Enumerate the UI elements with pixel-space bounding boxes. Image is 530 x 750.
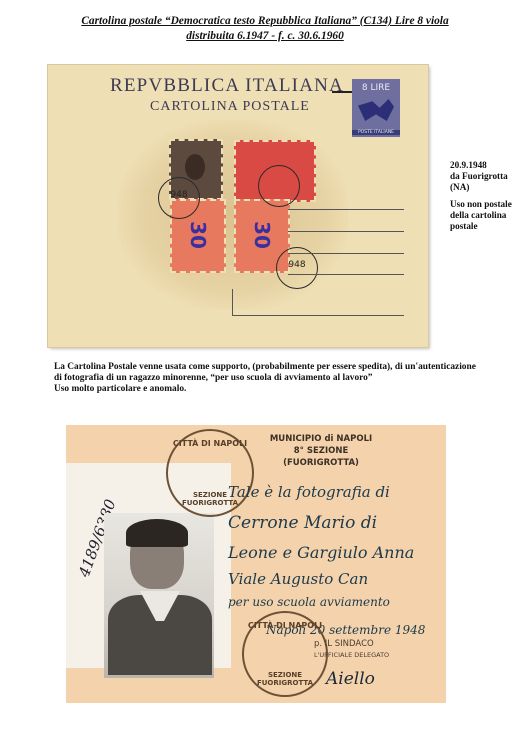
sindaco-line: L'UFFICIALE DELEGATO (314, 650, 389, 661)
note-date: 20.9.1948 (450, 160, 487, 170)
address-divider (232, 289, 233, 315)
overprint: 30 (186, 221, 210, 249)
postcard: REPVBBLICA ITALIANA CARTOLINA POSTALE 8 … (48, 65, 428, 347)
header-stamp-line: (FUORIGROTTA) (241, 457, 401, 469)
description: La Cartolina Postale venne usata come su… (54, 362, 524, 396)
imprint-value: 8 LIRE (352, 83, 400, 93)
postmark: 948 (158, 177, 200, 219)
portrait-photo (104, 513, 214, 678)
sindaco-stamp: p. IL SINDACO L'UFFICIALE DELEGATO (314, 639, 389, 661)
postmark-text: 948 (159, 190, 199, 200)
overprint: 30 (250, 221, 274, 249)
handwritten-line: Viale Augusto Can (228, 570, 368, 588)
address-line (288, 253, 404, 254)
note-origin: da Fuorigrotta (450, 171, 508, 181)
header-stamp-line: 8° SEZIONE (241, 445, 401, 457)
handwritten-line: Tale è la fotografia di (228, 483, 390, 501)
description-line: La Cartolina Postale venne usata come su… (54, 362, 524, 373)
title-line-1: Cartolina postale “Democratica testo Rep… (0, 14, 530, 29)
title-line-2: distribuita 6.1947 - f. c. 30.6.1960 (0, 29, 530, 44)
sindaco-line: p. IL SINDACO (314, 639, 389, 650)
note-usage: Uso non postale della cartolina postale (450, 199, 530, 232)
postcard-heading: REPVBBLICA ITALIANA (110, 75, 344, 97)
description-line: Uso molto particolare e anomalo. (54, 384, 524, 395)
seal-bottom-text: SEZIONE FUORIGROTTA (244, 671, 326, 687)
cancel-bar (332, 91, 354, 93)
handwritten-line: Cerrone Mario di (228, 513, 377, 533)
seal-top-text: CITTÀ DI NAPOLI (168, 439, 252, 448)
description-line: di fotografia di un ragazzo minorenne, “… (54, 373, 524, 384)
hands-emblem-icon (358, 99, 394, 121)
handwritten-line: per uso scuola avviamento (228, 595, 390, 609)
postmark (258, 165, 300, 207)
imprint-footer: POSTE ITALIANE (352, 130, 400, 135)
signature: Aiello (326, 669, 375, 689)
side-note: 20.9.1948 da Fuorigrotta (NA) Uso non po… (450, 160, 530, 238)
note-region: (NA) (450, 182, 469, 192)
page-title: Cartolina postale “Democratica testo Rep… (0, 14, 530, 44)
photo-certificate: 4189/6380 CITTÀ DI NAPOLI SEZIONE FUORIG… (66, 425, 446, 703)
municipal-header-stamp: MUNICIPIO di NAPOLI 8° SEZIONE (FUORIGRO… (241, 433, 401, 469)
seal-top-text: CITTÀ DI NAPOLI (244, 621, 326, 630)
header-stamp-line: MUNICIPIO di NAPOLI (241, 433, 401, 445)
address-line (288, 274, 404, 275)
address-line (232, 315, 404, 316)
imprinted-stamp: 8 LIRE POSTE ITALIANE (352, 79, 400, 137)
postcard-subheading: CARTOLINA POSTALE (150, 99, 310, 115)
address-line (288, 231, 404, 232)
hair (126, 519, 188, 547)
postmark-text: 948 (277, 260, 317, 270)
portrait-icon (185, 154, 205, 180)
handwritten-line: Leone e Gargiulo Anna (228, 543, 414, 562)
address-line (288, 209, 404, 210)
